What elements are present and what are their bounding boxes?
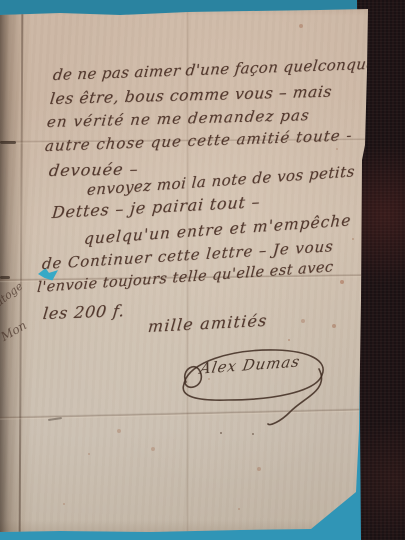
signature-flourish-icon: [170, 340, 340, 432]
photo-of-letter: de ne pas aimer d'une façon quelconque l…: [0, 0, 405, 540]
paper-left-edge-line: [19, 12, 24, 533]
crease-edge-mark: [0, 276, 10, 279]
foxing-spots: [0, 0, 2, 2]
letter-line: de ne pas aimer d'une façon quelconque: [52, 55, 376, 84]
letter-closing-line: mille amitiés: [147, 311, 268, 336]
letter-line: en vérité ne me demandez pas: [46, 106, 311, 131]
crease-edge-mark: [0, 141, 16, 144]
signature: Alex Dumas: [170, 340, 340, 432]
letter-line: Dettes – je pairai tout –: [51, 192, 261, 222]
letter-line: les être, bous comme vous – mais: [49, 83, 333, 108]
letter-line: les 200 f.: [42, 301, 126, 323]
letter-line: devouée –: [48, 159, 140, 180]
crease-edge-mark: [48, 417, 62, 421]
letter-line: autre chose que cette amitié toute -: [44, 126, 353, 155]
letter-paper: de ne pas aimer d'une façon quelconque l…: [0, 0, 405, 540]
margin-writing-fragment: Mon: [0, 318, 29, 344]
